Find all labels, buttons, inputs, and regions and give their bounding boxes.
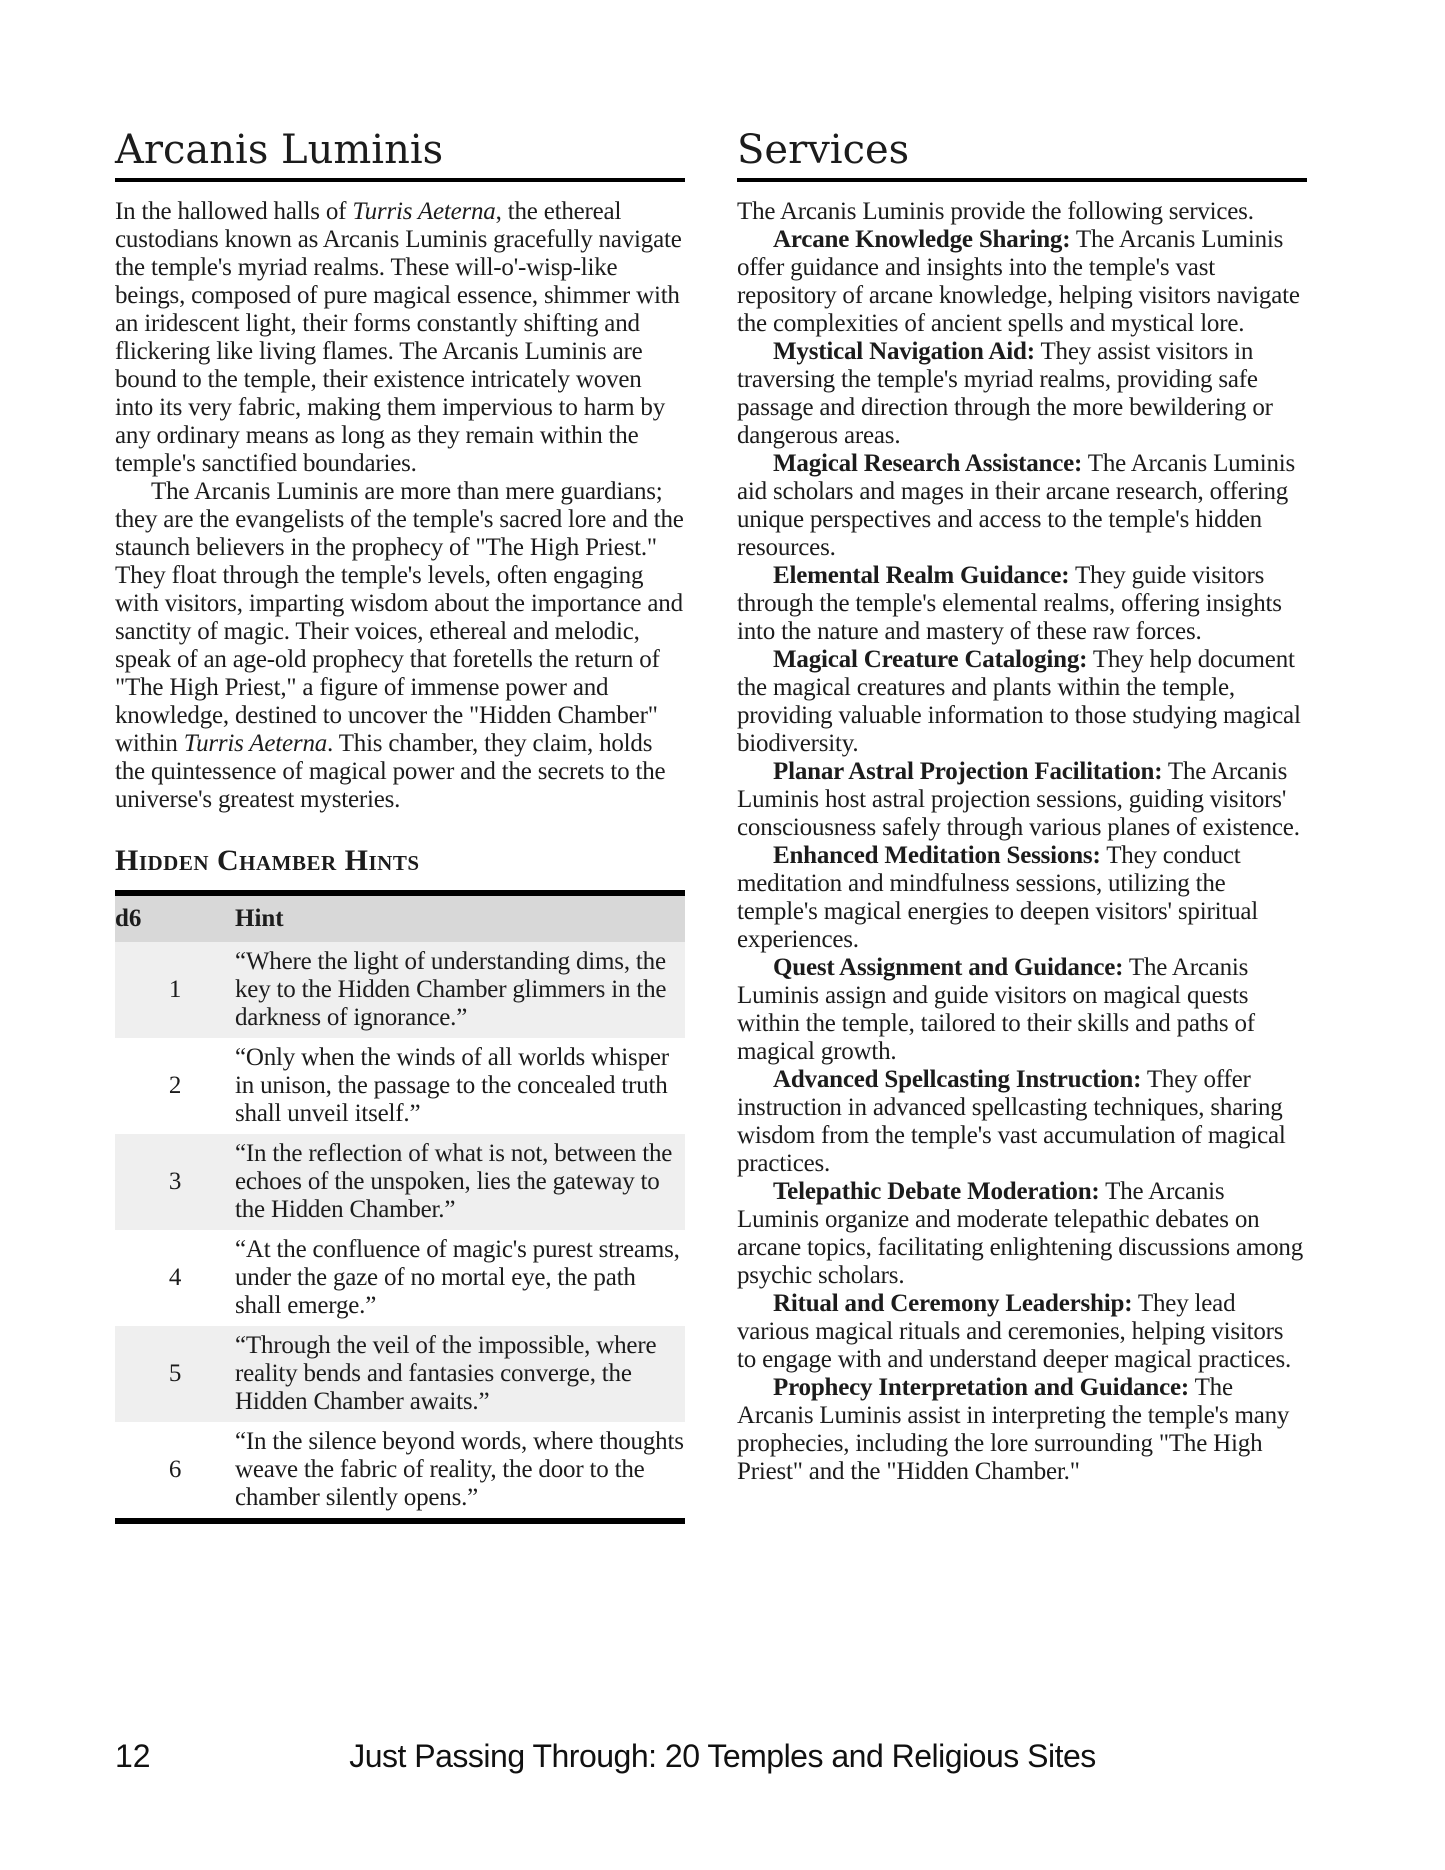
two-column-layout: Arcanis Luminis In the hallowed halls of… [115,128,1445,1524]
service-label: Arcane Knowledge Sharing: [773,226,1070,253]
service-label: Prophecy Interpretation and Guidance: [773,1374,1189,1401]
services-intro: The Arcanis Luminis provide the followin… [737,198,1307,226]
table-row: 4“At the confluence of magic's purest st… [115,1230,685,1326]
section-heading-services: Services [737,128,1307,182]
service-label: Elemental Realm Guidance: [773,562,1069,589]
service-label: Enhanced Meditation Sessions: [773,842,1101,869]
service-paragraph: Elemental Realm Guidance: They guide vis… [737,562,1307,646]
service-label: Telepathic Debate Moderation: [773,1178,1100,1205]
service-paragraph: Telepathic Debate Moderation: The Arcani… [737,1178,1307,1290]
body-paragraph: In the hallowed halls of Turris Aeterna,… [115,198,685,478]
table-row: 6“In the silence beyond words, where tho… [115,1422,685,1521]
hint-cell: “At the confluence of magic's purest str… [235,1230,685,1326]
service-label: Planar Astral Projection Facilitation: [773,758,1162,785]
table-row: 2“Only when the winds of all worlds whis… [115,1038,685,1134]
service-paragraph: Magical Creature Cataloging: They help d… [737,646,1307,758]
page-footer: 12 Just Passing Through: 20 Temples and … [115,1738,1330,1778]
hidden-chamber-hints-heading: Hidden Chamber Hints [115,844,685,878]
d6-cell: 5 [115,1326,235,1422]
right-column: Services The Arcanis Luminis provide the… [737,128,1307,1524]
table-row: 3“In the reflection of what is not, betw… [115,1134,685,1230]
service-paragraph: Advanced Spellcasting Instruction: They … [737,1066,1307,1178]
service-paragraph: Planar Astral Projection Facilitation: T… [737,758,1307,842]
table-row: 1“Where the light of understanding dims,… [115,942,685,1038]
column-header-hint: Hint [235,893,685,942]
service-label: Quest Assignment and Guidance: [773,954,1123,981]
service-paragraph: Quest Assignment and Guidance: The Arcan… [737,954,1307,1066]
section-heading-arcanis-luminis: Arcanis Luminis [115,128,685,182]
service-paragraph: Mystical Navigation Aid: They assist vis… [737,338,1307,450]
table-row: 5“Through the veil of the impossible, wh… [115,1326,685,1422]
italic-text: Turris Aeterna [352,198,495,225]
table-header-row: d6 Hint [115,893,685,942]
left-column: Arcanis Luminis In the hallowed halls of… [115,128,685,1524]
arcanis-luminis-body: In the hallowed halls of Turris Aeterna,… [115,198,685,814]
service-label: Advanced Spellcasting Instruction: [773,1066,1141,1093]
service-paragraph: Arcane Knowledge Sharing: The Arcanis Lu… [737,226,1307,338]
hint-cell: “Where the light of understanding dims, … [235,942,685,1038]
table-body: 1“Where the light of understanding dims,… [115,942,685,1521]
d6-cell: 3 [115,1134,235,1230]
document-page: Arcanis Luminis In the hallowed halls of… [0,0,1445,1870]
d6-cell: 6 [115,1422,235,1521]
hidden-chamber-hints-table: d6 Hint 1“Where the light of understandi… [115,890,685,1524]
text-run: In the hallowed halls of [115,198,352,225]
italic-text: Turris Aeterna [184,730,327,757]
hint-cell: “In the silence beyond words, where thou… [235,1422,685,1521]
text-run: The Arcanis Luminis are more than mere g… [115,478,684,757]
service-label: Mystical Navigation Aid: [773,338,1035,365]
service-paragraph: Prophecy Interpretation and Guidance: Th… [737,1374,1307,1486]
d6-cell: 4 [115,1230,235,1326]
service-label: Ritual and Ceremony Leadership: [773,1290,1132,1317]
service-label: Magical Research Assistance: [773,450,1082,477]
column-header-d6: d6 [115,893,235,942]
hint-cell: “Only when the winds of all worlds whisp… [235,1038,685,1134]
hint-cell: “Through the veil of the impossible, whe… [235,1326,685,1422]
services-list: Arcane Knowledge Sharing: The Arcanis Lu… [737,226,1307,1486]
table-header: d6 Hint [115,893,685,942]
service-paragraph: Enhanced Meditation Sessions: They condu… [737,842,1307,954]
d6-cell: 2 [115,1038,235,1134]
services-body: The Arcanis Luminis provide the followin… [737,198,1307,1486]
service-paragraph: Magical Research Assistance: The Arcanis… [737,450,1307,562]
body-paragraph: The Arcanis Luminis are more than mere g… [115,478,685,814]
text-run: , the ethereal custodians known as Arcan… [115,198,682,477]
service-paragraph: Ritual and Ceremony Leadership: They lea… [737,1290,1307,1374]
hint-cell: “In the reflection of what is not, betwe… [235,1134,685,1230]
d6-cell: 1 [115,942,235,1038]
service-label: Magical Creature Cataloging: [773,646,1087,673]
footer-book-title: Just Passing Through: 20 Temples and Rel… [115,1738,1330,1775]
